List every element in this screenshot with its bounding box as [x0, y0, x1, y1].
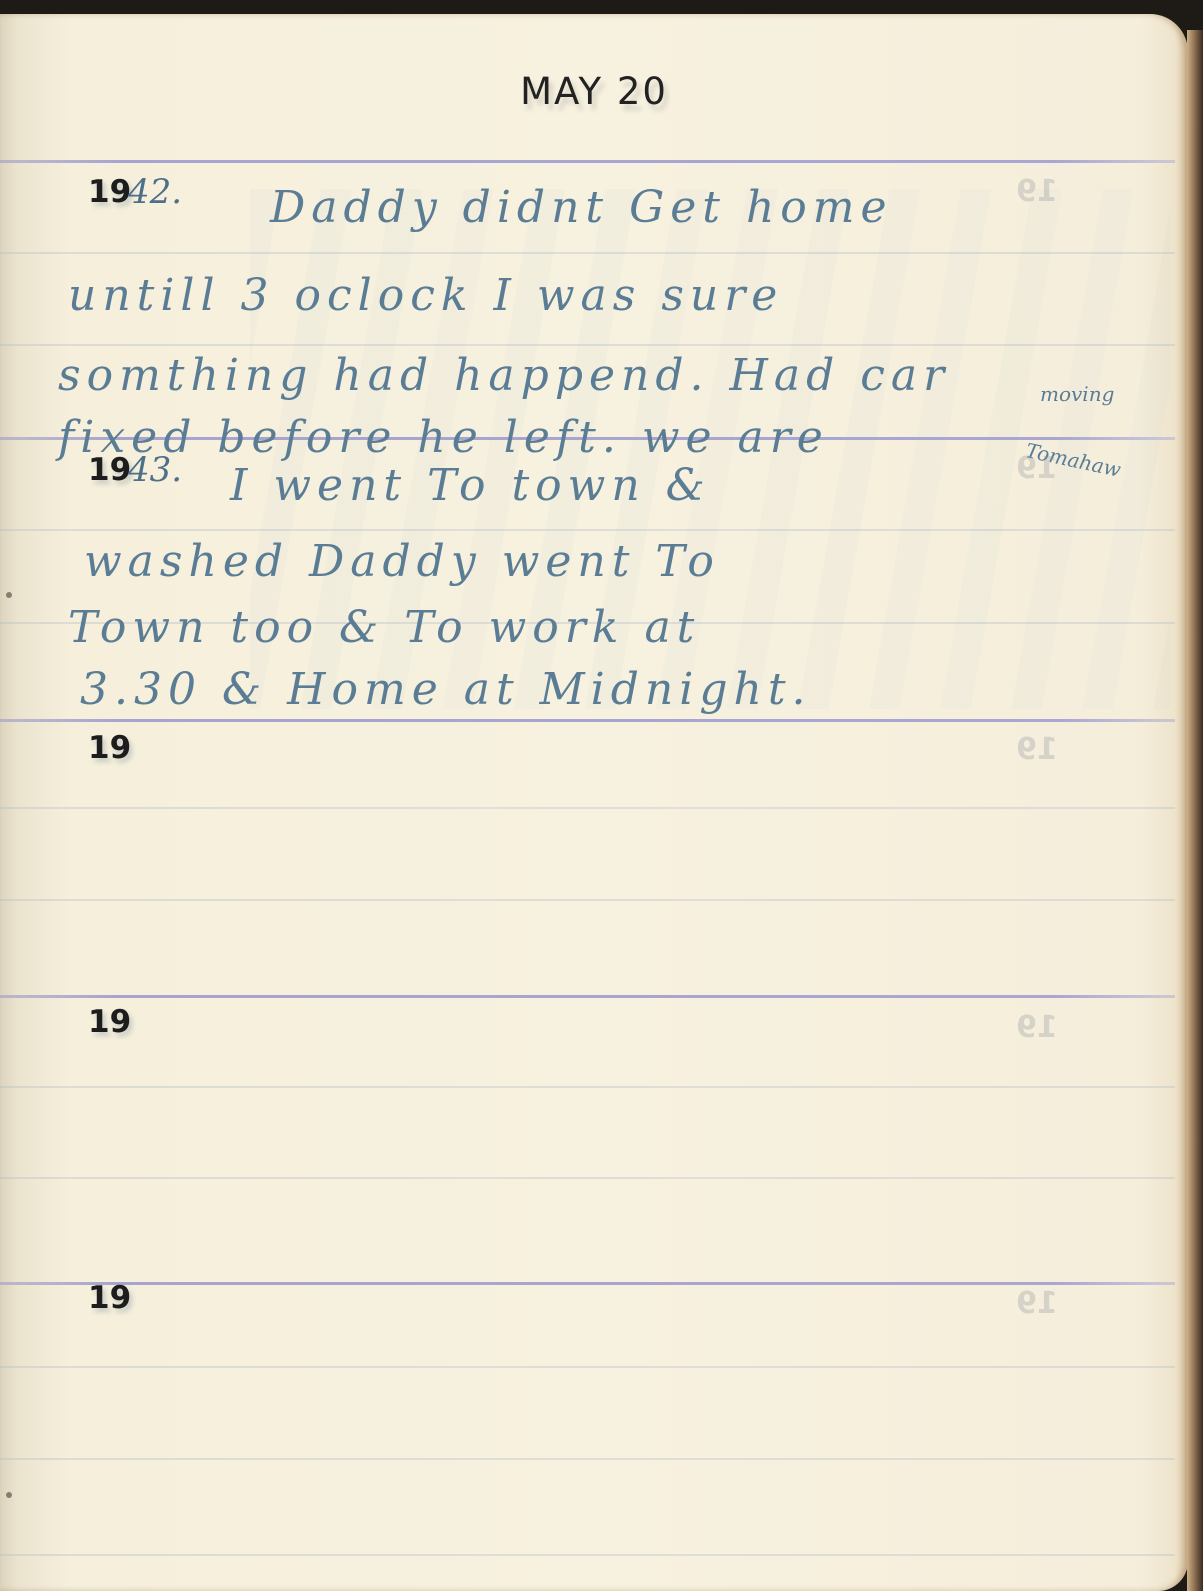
handwritten-year: 42. [128, 172, 182, 212]
writing-line [0, 1554, 1175, 1556]
writing-line [0, 1366, 1175, 1368]
entry-line: untill 3 oclock I was sure [68, 270, 783, 321]
bleed-through-year: 19 [1016, 1286, 1058, 1321]
year-label: 19 [88, 1004, 131, 1040]
year-label: 19 [88, 1280, 131, 1316]
bleed-through-year: 19 [1016, 1010, 1058, 1045]
year-label: 19 [88, 452, 131, 488]
handwritten-year: 43. [128, 450, 182, 490]
writing-line [0, 344, 1175, 346]
writing-line [0, 807, 1175, 809]
entry-line: I went To town & [230, 460, 711, 511]
section-rule [0, 1282, 1175, 1285]
year-label: 19 [88, 730, 131, 766]
bleed-through-year: 19 [1016, 451, 1058, 486]
entry-line: Town too & To work at [68, 602, 700, 653]
section-rule [0, 160, 1175, 163]
entry-line: washed Daddy went To [84, 536, 720, 587]
year-label: 19 [88, 174, 131, 210]
writing-line [0, 1177, 1175, 1179]
entry-line: 3.30 & Home at Midnight. [80, 664, 812, 715]
bleed-through-year: 19 [1016, 732, 1058, 767]
diary-page: MAY 20 19 42. Daddy didnt Get home until… [0, 14, 1188, 1591]
writing-line [0, 899, 1175, 901]
bleed-through-year: 19 [1016, 174, 1058, 209]
date-heading: MAY 20 [0, 70, 1188, 113]
entry-line: somthing had happend. Had car [58, 350, 950, 401]
book-page-edge [1187, 30, 1203, 1591]
section-rule [0, 719, 1175, 722]
binding-hole-mark [6, 592, 12, 598]
writing-line [0, 1086, 1175, 1088]
binding-hole-mark [6, 1492, 12, 1498]
writing-line [0, 1458, 1175, 1460]
writing-line [0, 252, 1175, 254]
entry-line: Daddy didnt Get home [270, 182, 893, 233]
writing-line [0, 529, 1175, 531]
margin-note: moving [1040, 382, 1114, 406]
section-rule [0, 995, 1175, 998]
